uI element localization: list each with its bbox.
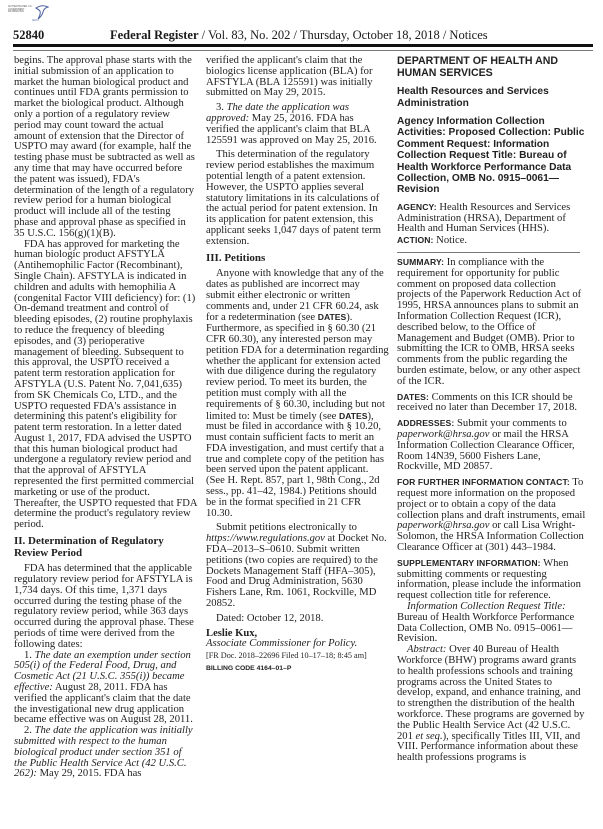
divider <box>397 252 580 253</box>
summary-field: SUMMARY: In compliance with the requirem… <box>397 257 587 388</box>
list-item-date-2: 2. The date the application was initiall… <box>14 726 197 780</box>
column-3: DEPARTMENT OF HEALTH AND HUMAN SERVICES … <box>397 56 587 764</box>
page-number: 52840 <box>13 28 44 43</box>
fr-doc-line: [FR Doc. 2018–22696 Filed 10–17–18; 8:45… <box>206 650 389 661</box>
field-text: Over 40 Bureau of Health Workforce (BHW)… <box>397 644 584 741</box>
dates-field: DATES: Comments on this ICR should be re… <box>397 392 587 415</box>
document-title: Agency Information Collection Activities… <box>397 116 587 196</box>
billing-code: BILLING CODE 4164–01–P <box>206 664 389 675</box>
field-label: SUPPLEMENTARY INFORMATION: <box>397 558 541 568</box>
icr-title-paragraph: Information Collection Request Title: Bu… <box>397 602 587 645</box>
running-title: Federal Register / Vol. 83, No. 202 / Th… <box>110 28 488 43</box>
signer-title-text: Associate Commissioner for Policy. <box>206 638 357 649</box>
action-field: ACTION: Notice. <box>397 235 587 247</box>
regulations-gov-link[interactable]: https://www.regulations.gov <box>206 533 325 544</box>
item-text: May 29, 2015. FDA has <box>37 768 141 779</box>
dated-line: Dated: October 12, 2018. <box>206 614 389 625</box>
paragraph: FDA has approved for marketing the human… <box>14 240 197 532</box>
abstract-paragraph: Abstract: Over 40 Bureau of Health Workf… <box>397 645 587 764</box>
item-number: 3. <box>216 102 227 113</box>
email-link[interactable]: paperwork@hrsa.gov <box>397 520 489 531</box>
field-label: SUMMARY: <box>397 257 444 267</box>
et-seq: et seq. <box>416 731 443 742</box>
agency-field: AGENCY: Health Resources and Services Ad… <box>397 202 587 235</box>
header-rule-thin <box>13 50 593 51</box>
volume-info: / Vol. 83, No. 202 / Thursday, October 1… <box>199 28 488 42</box>
field-label: FOR FURTHER INFORMATION CONTACT: <box>397 477 570 487</box>
department-heading: DEPARTMENT OF HEALTH AND HUMAN SERVICES <box>397 56 587 79</box>
dates-reference: DATES <box>318 312 347 322</box>
field-label: ADDRESSES: <box>397 418 454 428</box>
field-label: AGENCY: <box>397 202 437 212</box>
section-heading-ii: II. Determination of Regulatory Review P… <box>14 536 197 559</box>
column-1: begins. The approval phase starts with t… <box>14 56 197 780</box>
list-item-date-3: 3. The date the application was approved… <box>206 103 389 146</box>
email-link[interactable]: paperwork@hrsa.gov <box>397 429 489 440</box>
dates-reference: DATES <box>339 411 368 421</box>
gpo-authenticated-logo: AUTHENTICATED U.S. GOVERNMENT INFORMATIO… <box>8 4 50 26</box>
paragraph: Submit petitions electronically to https… <box>206 523 389 609</box>
logo-gpo-mark: GPO <box>32 18 39 22</box>
paragraph: FDA has determined that the applicable r… <box>14 564 197 650</box>
field-label: Information Collection Request Title: <box>407 601 566 612</box>
field-text: Bureau of Health Workforce Performance D… <box>397 612 574 645</box>
field-text: Submit your comments to <box>454 418 566 429</box>
text: at Docket No. FDA–2013–S–0610. Submit wr… <box>206 533 387 609</box>
field-text: Notice. <box>434 235 468 246</box>
field-label: Abstract: <box>407 644 446 655</box>
signer-title: Associate Commissioner for Policy. <box>206 639 389 650</box>
contact-field: FOR FURTHER INFORMATION CONTACT: To requ… <box>397 477 587 554</box>
field-text: In compliance with the requirement for o… <box>397 257 581 387</box>
text: ), must be filed in accordance with § 10… <box>206 411 384 519</box>
header-rule-thick <box>13 44 593 47</box>
text: Anyone with knowledge that any of the da… <box>206 268 384 323</box>
paragraph: This determination of the regulatory rev… <box>206 150 389 247</box>
field-label: DATES: <box>397 392 429 402</box>
section-heading-iii: III. Petitions <box>206 253 389 265</box>
column-2: verified the applicant's claim that the … <box>206 56 389 675</box>
addresses-field: ADDRESSES: Submit your comments to paper… <box>397 418 587 473</box>
agency-heading: Health Resources and Services Administra… <box>397 86 587 109</box>
item-number: 1. <box>24 650 35 661</box>
list-item-date-1: 1. The date an exemption under section 5… <box>14 651 197 727</box>
paragraph: Anyone with knowledge that any of the da… <box>206 269 389 519</box>
text: ). Furthermore, as specified in § 60.30 … <box>206 312 389 421</box>
supplementary-field: SUPPLEMENTARY INFORMATION: When submitti… <box>397 558 587 602</box>
item-number: 2. <box>24 725 35 736</box>
text: Submit petitions electronically to <box>216 522 357 533</box>
paragraph: begins. The approval phase starts with t… <box>14 56 197 240</box>
page-header: 52840 Federal Register / Vol. 83, No. 20… <box>13 28 593 42</box>
publication-name: Federal Register <box>110 28 199 42</box>
paragraph: verified the applicant's claim that the … <box>206 56 389 99</box>
field-label: ACTION: <box>397 235 434 245</box>
